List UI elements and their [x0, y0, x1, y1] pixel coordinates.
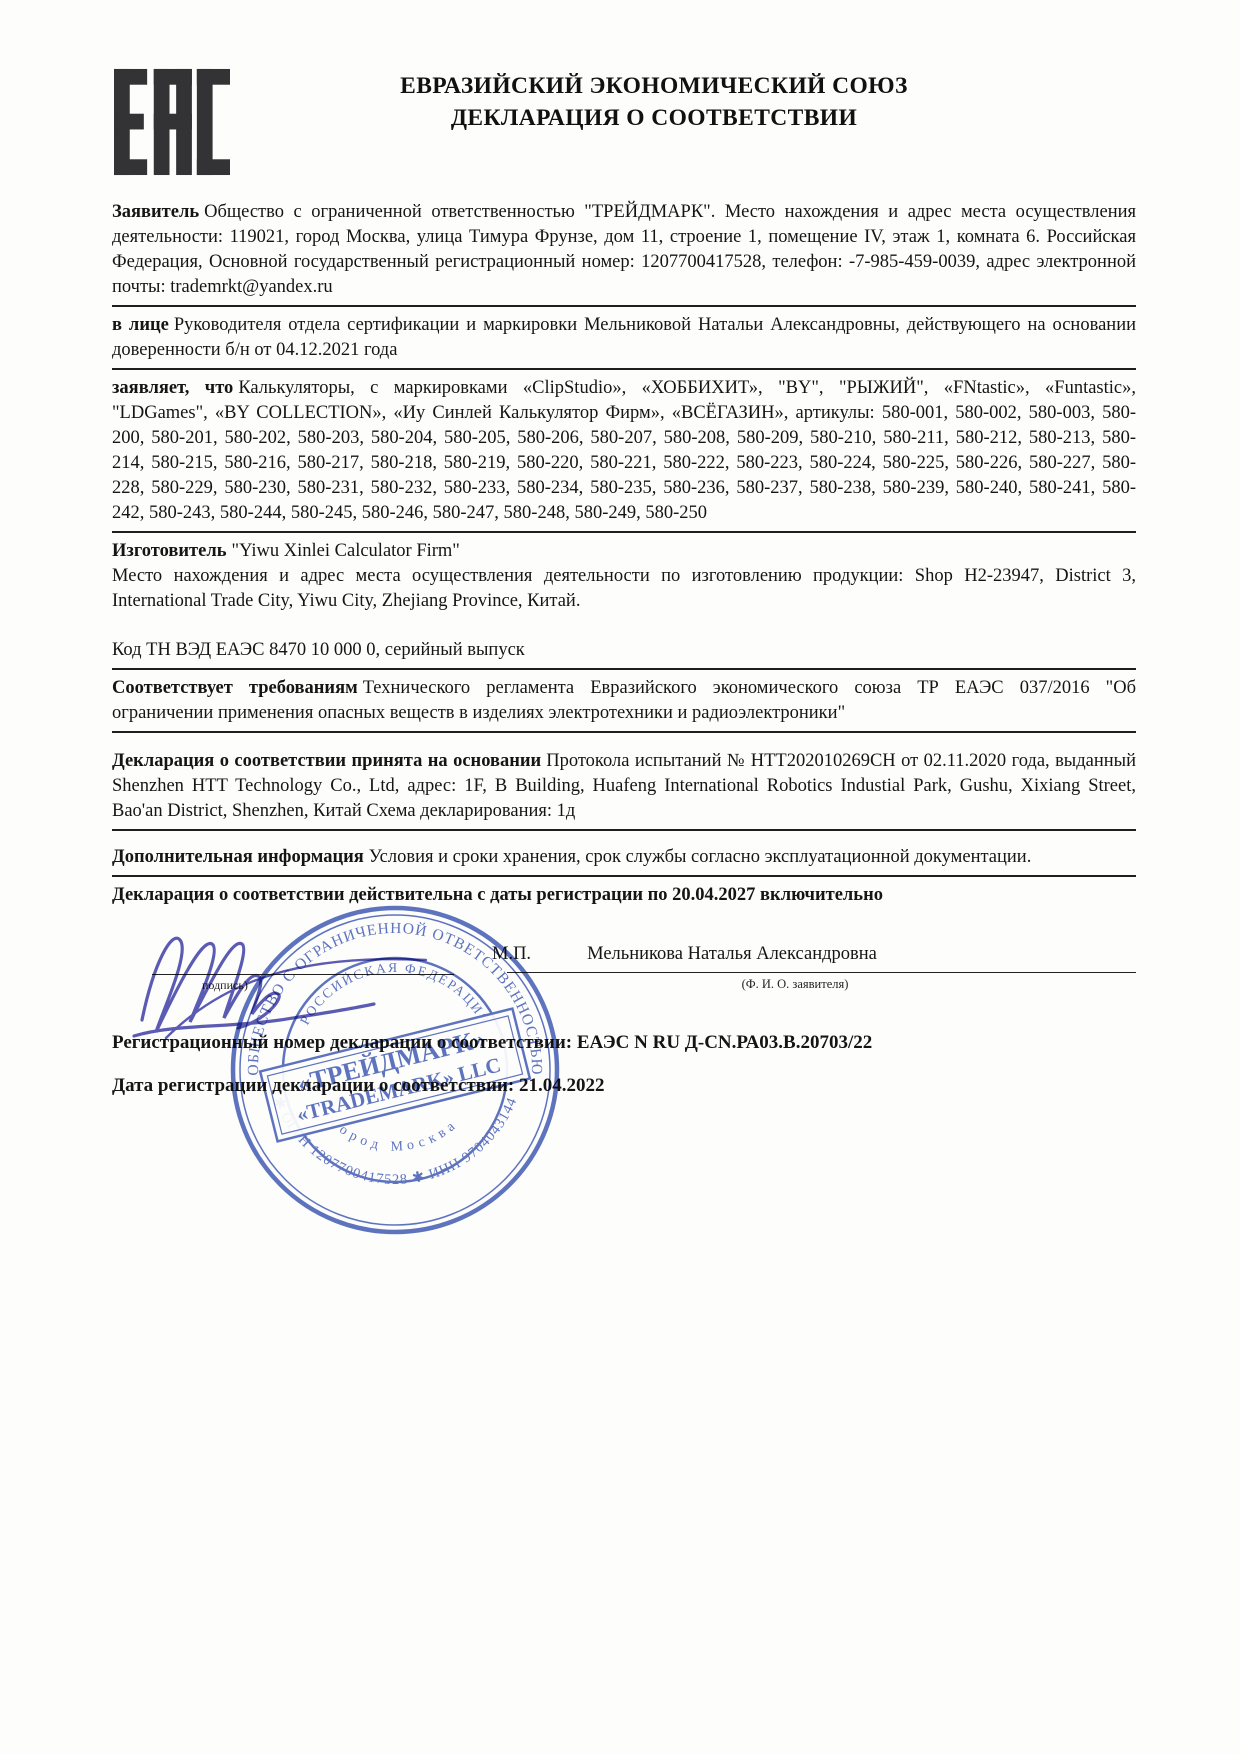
- signature-caption: подпись): [202, 978, 248, 993]
- registration-number-line: Регистрационный номер декларации о соотв…: [112, 1030, 1136, 1055]
- compliance-label: Соответствует требованиям: [112, 678, 358, 698]
- representative-text: Руководителя отдела сертификации и марки…: [112, 315, 1136, 360]
- stamp-ring-outer-bottom: ✱ ОГРН 1207700417528 ✱ ИНН 9704043144: [269, 1095, 520, 1188]
- registration-date-line: Дата регистрации декларации о соответств…: [112, 1073, 1136, 1098]
- document-content: ЕВРАЗИЙСКИЙ ЭКОНОМИЧЕСКИЙ СОЮЗ ДЕКЛАРАЦИ…: [112, 0, 1136, 1098]
- compliance-section: Соответствует требованиямТехнического ре…: [112, 676, 1136, 733]
- document-title: ЕВРАЗИЙСКИЙ ЭКОНОМИЧЕСКИЙ СОЮЗ ДЕКЛАРАЦИ…: [112, 70, 1136, 134]
- declares-section: заявляет, чтоКалькуляторы, с маркировкам…: [112, 376, 1136, 533]
- title-line-2: ДЕКЛАРАЦИЯ О СООТВЕТСТВИИ: [172, 102, 1136, 134]
- additional-info-label: Дополнительная информация: [112, 847, 364, 867]
- applicant-text: Общество с ограниченной ответственностью…: [112, 202, 1136, 297]
- declares-label: заявляет, что: [112, 378, 233, 398]
- manufacturer-section: Изготовитель"Yiwu Xinlei Calculator Firm…: [112, 539, 1136, 670]
- svg-text:город Москва: город Москва: [328, 1116, 462, 1155]
- manufacturer-line: Изготовитель"Yiwu Xinlei Calculator Firm…: [112, 539, 1136, 564]
- document-header: ЕВРАЗИЙСКИЙ ЭКОНОМИЧЕСКИЙ СОЮЗ ДЕКЛАРАЦИ…: [112, 0, 1136, 200]
- additional-info-text: Условия и сроки хранения, срок службы со…: [369, 847, 1032, 867]
- applicant-full-name: Мельникова Наталья Александровна: [452, 944, 1012, 965]
- stamp-city: город Москва: [328, 1116, 462, 1155]
- representative-section: в лицеРуководителя отдела сертификации и…: [112, 313, 1136, 370]
- declaration-document: ЕВРАЗИЙСКИЙ ЭКОНОМИЧЕСКИЙ СОЮЗ ДЕКЛАРАЦИ…: [0, 0, 1240, 1754]
- manufacturer-name: "Yiwu Xinlei Calculator Firm": [232, 541, 460, 561]
- title-line-1: ЕВРАЗИЙСКИЙ ЭКОНОМИЧЕСКИЙ СОЮЗ: [172, 70, 1136, 102]
- basis-section: Декларация о соответствии принята на осн…: [112, 749, 1136, 831]
- validity-line: Декларация о соответствии действительна …: [112, 883, 1136, 908]
- signature-block: М.П. подпись) Мельникова Наталья Алексан…: [112, 916, 1136, 1018]
- signature-line: [152, 974, 454, 975]
- manufacturer-label: Изготовитель: [112, 541, 227, 561]
- manufacturer-address: Место нахождения и адрес места осуществл…: [112, 564, 1136, 614]
- applicant-section: ЗаявительОбщество с ограниченной ответст…: [112, 200, 1136, 307]
- svg-text:✱ ОГРН 1207700417528 ✱ ИНН 970: ✱ ОГРН 1207700417528 ✱ ИНН 9704043144: [269, 1095, 520, 1188]
- name-line: [507, 972, 1136, 973]
- name-caption: (Ф. И. О. заявителя): [645, 977, 945, 992]
- additional-info-section: Дополнительная информацияУсловия и сроки…: [112, 845, 1136, 877]
- tn-ved-code-line: Код ТН ВЭД ЕАЭС 8470 10 000 0, серийный …: [112, 638, 1136, 663]
- applicant-label: Заявитель: [112, 202, 199, 222]
- representative-label: в лице: [112, 315, 169, 335]
- declares-text: Калькуляторы, с маркировками «ClipStudio…: [112, 378, 1136, 523]
- basis-label: Декларация о соответствии принята на осн…: [112, 751, 541, 771]
